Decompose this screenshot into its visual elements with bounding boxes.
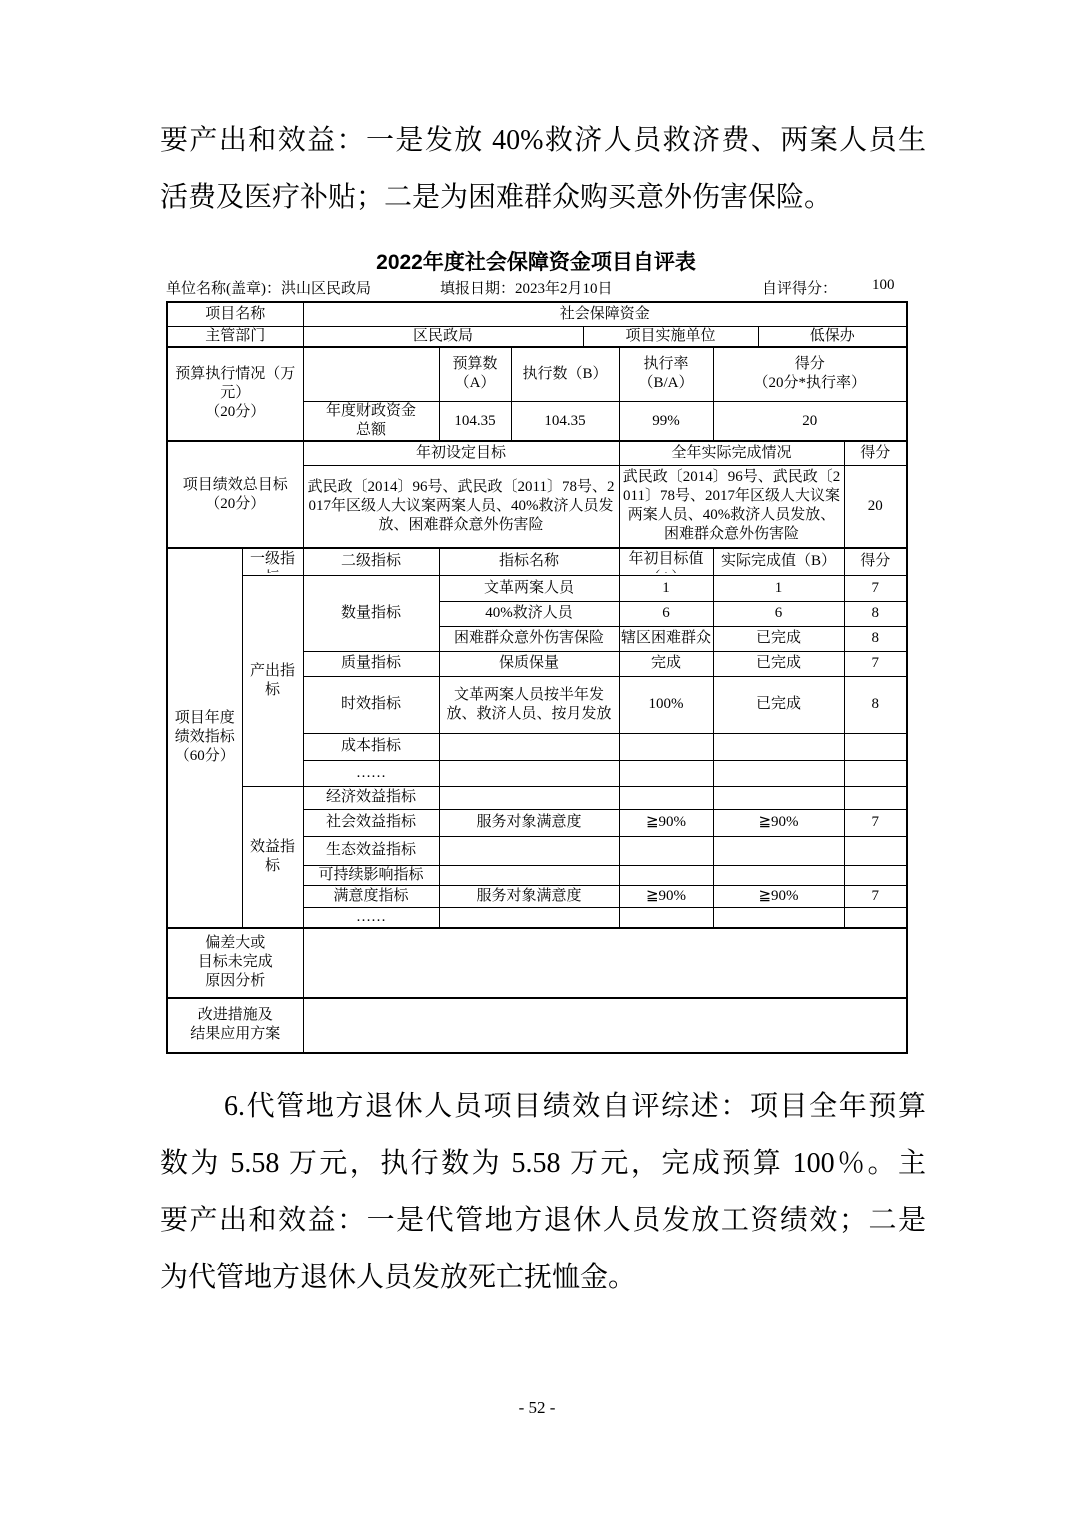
fill-date: 填报日期：2023年2月10日: [440, 277, 613, 298]
target-value: 6: [619, 601, 713, 626]
goal-section-label: 项目绩效总目标 （20分）: [167, 441, 303, 548]
level2-label: 时效指标: [303, 676, 439, 733]
goal-actual-text: 武民政〔2014〕96号、武民政〔2011〕78号、2017年区级人大议案两案人…: [619, 465, 844, 548]
target-value: 100%: [619, 676, 713, 733]
empty-cell: [713, 907, 844, 928]
score-value: 8: [844, 601, 907, 626]
improvement-content: [303, 998, 907, 1053]
actual-col-header: 全年实际完成情况: [619, 441, 844, 465]
target-value: ≧90%: [619, 885, 713, 907]
project-name-label: 项目名称: [167, 302, 303, 326]
indicator-name: 40%救济人员: [439, 601, 619, 626]
score-value: 8: [844, 626, 907, 651]
empty-cell: [713, 760, 844, 786]
empty-cell: [713, 836, 844, 865]
actual-value: 6: [713, 601, 844, 626]
goal-score-value: 20: [844, 465, 907, 548]
indicator-row: 产出指 标 数量指标 文革两案人员 1 1 7: [167, 575, 907, 601]
paragraph-line: 6.代管地方退休人员项目绩效自评综述：项目全年预算: [160, 1078, 926, 1135]
level2-header: 二级指标: [303, 548, 439, 575]
actual-value: ≧90%: [713, 885, 844, 907]
budget-value: 104.35: [439, 402, 511, 442]
indicator-name: 文革两案人员按半年发放、救济人员、按月发放: [439, 676, 619, 733]
target-value: ≧90%: [619, 809, 713, 836]
paragraph-line: 要产出和效益：一是代管地方退休人员发放工资绩效；二是: [160, 1192, 926, 1249]
empty-cell: [713, 865, 844, 885]
paragraph-top: 要产出和效益：一是发放 40%救济人员救济费、两案人员生 活费及医疗补贴；二是为…: [160, 112, 926, 226]
empty-cell: [844, 836, 907, 865]
level2-label: ……: [303, 760, 439, 786]
self-score-value: 100: [872, 277, 895, 294]
paragraph-line: 活费及医疗补贴；二是为困难群众购买意外伤害保险。: [160, 169, 926, 226]
level2-label: 经济效益指标: [303, 786, 439, 809]
output-group-label: 产出指 标: [242, 575, 303, 786]
goal-text: 武民政〔2014〕96号、武民政〔2011〕78号、2017年区级人大议案两案人…: [303, 465, 619, 548]
project-name-value: 社会保障资金: [303, 302, 907, 326]
empty-cell: [439, 786, 619, 809]
indicator-name: 困难群众意外伤害保险: [439, 626, 619, 651]
paragraph-line: 为代管地方退休人员发放死亡抚恤金。: [160, 1249, 926, 1306]
deviation-row: 偏差大或 目标未完成 原因分析: [167, 928, 907, 998]
score-value: 7: [844, 575, 907, 601]
empty-cell: [844, 733, 907, 760]
dept-label: 主管部门: [167, 326, 303, 347]
goal-col-header: 年初设定目标: [303, 441, 619, 465]
table-row: 项目名称 社会保障资金: [167, 302, 907, 326]
exec-value: 104.35: [511, 402, 619, 442]
score-value: 7: [844, 651, 907, 676]
table-title: 2022年度社会保障资金项目自评表: [166, 246, 906, 276]
target-value: 完成: [619, 651, 713, 676]
level2-label: 社会效益指标: [303, 809, 439, 836]
level2-label: 数量指标: [303, 575, 439, 651]
empty-cell: [619, 760, 713, 786]
rate-col-header: 执行率 （B/A）: [619, 347, 713, 402]
budget-score-value: 20: [713, 402, 907, 442]
unit-name: 单位名称(盖章)：洪山区民政局: [166, 277, 371, 298]
score-value: 8: [844, 676, 907, 733]
empty-cell: [844, 760, 907, 786]
indicator-name: 文革两案人员: [439, 575, 619, 601]
actual-value: 已完成: [713, 676, 844, 733]
page-number: - 52 -: [0, 1398, 1074, 1418]
indicator-header-row: 项目年度 绩效指标 （60分） 一级指标 二级指标 指标名称 年初目标值（A） …: [167, 548, 907, 575]
dept-value: 区民政局: [303, 326, 583, 347]
level2-label: 生态效益指标: [303, 836, 439, 865]
document-page: 要产出和效益：一是发放 40%救济人员救济费、两案人员生 活费及医疗补贴；二是为…: [0, 0, 1074, 1520]
empty-cell: [439, 733, 619, 760]
deviation-content: [303, 928, 907, 998]
empty-cell: [713, 786, 844, 809]
empty-cell: [619, 907, 713, 928]
score-col-header: 得分: [844, 441, 907, 465]
budget-header-row: 预算执行情况（万元） （20分） 预算数 （A） 执行数（B） 执行率 （B/A…: [167, 347, 907, 402]
paragraph-line: 要产出和效益：一是发放 40%救济人员救济费、两案人员生: [160, 112, 926, 169]
empty-cell: [439, 907, 619, 928]
empty-cell: [619, 786, 713, 809]
empty-cell: [713, 733, 844, 760]
indicator-section-label: 项目年度 绩效指标 （60分）: [167, 548, 242, 928]
score-col-header: 得分 （20分*执行率）: [713, 347, 907, 402]
actual-value: ≧90%: [713, 809, 844, 836]
empty-cell: [844, 865, 907, 885]
improvement-label: 改进措施及 结果应用方案: [167, 998, 303, 1053]
form-info-line: 单位名称(盖章)：洪山区民政局 填报日期：2023年2月10日 自评得分： 10…: [166, 277, 906, 299]
budget-section-label: 预算执行情况（万元） （20分）: [167, 347, 303, 442]
empty-cell: [844, 786, 907, 809]
level2-label: 可持续影响指标: [303, 865, 439, 885]
actual-value: 已完成: [713, 651, 844, 676]
table-row: 主管部门 区民政局 项目实施单位 低保办: [167, 326, 907, 347]
score-header: 得分: [844, 548, 907, 575]
self-evaluation-table: 项目名称 社会保障资金 主管部门 区民政局 项目实施单位 低保办 预算执行情况（…: [166, 301, 908, 1054]
score-value: 7: [844, 885, 907, 907]
deviation-label: 偏差大或 目标未完成 原因分析: [167, 928, 303, 998]
empty-cell: [439, 760, 619, 786]
budget-col-header: 预算数 （A）: [439, 347, 511, 402]
empty-cell: [619, 836, 713, 865]
exec-col-header: 执行数（B）: [511, 347, 619, 402]
improvement-row: 改进措施及 结果应用方案: [167, 998, 907, 1053]
level2-label: 满意度指标: [303, 885, 439, 907]
impl-unit-label: 项目实施单位: [583, 326, 758, 347]
actual-header: 实际完成值（B）: [713, 548, 844, 575]
indicator-name: 服务对象满意度: [439, 809, 619, 836]
actual-value: 已完成: [713, 626, 844, 651]
paragraph-line: 数为 5.58 万元，执行数为 5.58 万元，完成预算 100％。主: [160, 1135, 926, 1192]
impl-unit-value: 低保办: [758, 326, 907, 347]
level2-label: 成本指标: [303, 733, 439, 760]
paragraph-bottom: 6.代管地方退休人员项目绩效自评综述：项目全年预算 数为 5.58 万元，执行数…: [160, 1078, 926, 1306]
indicator-row: 效益指 标 经济效益指标: [167, 786, 907, 809]
target-header-text: 年初目标值（A）: [621, 550, 712, 573]
level1-header-text: 一级指标: [244, 550, 302, 573]
empty-cell: [619, 865, 713, 885]
level2-label: ……: [303, 907, 439, 928]
self-score-label: 自评得分：: [762, 277, 837, 298]
benefit-group-label: 效益指 标: [242, 786, 303, 928]
level2-label: 质量指标: [303, 651, 439, 676]
target-value: 1: [619, 575, 713, 601]
empty-cell: [844, 907, 907, 928]
target-value: 辖区困难群众: [619, 626, 713, 651]
goal-header-row: 项目绩效总目标 （20分） 年初设定目标 全年实际完成情况 得分: [167, 441, 907, 465]
target-header: 年初目标值（A）: [619, 548, 713, 575]
budget-sub-label: 年度财政资金 总额: [303, 402, 439, 442]
level1-header: 一级指标: [242, 548, 303, 575]
empty-cell: [303, 347, 439, 402]
indicator-name: 服务对象满意度: [439, 885, 619, 907]
score-value: 7: [844, 809, 907, 836]
indicator-name-header: 指标名称: [439, 548, 619, 575]
empty-cell: [619, 733, 713, 760]
indicator-name: 保质保量: [439, 651, 619, 676]
actual-value: 1: [713, 575, 844, 601]
rate-value: 99%: [619, 402, 713, 442]
empty-cell: [439, 836, 619, 865]
empty-cell: [439, 865, 619, 885]
